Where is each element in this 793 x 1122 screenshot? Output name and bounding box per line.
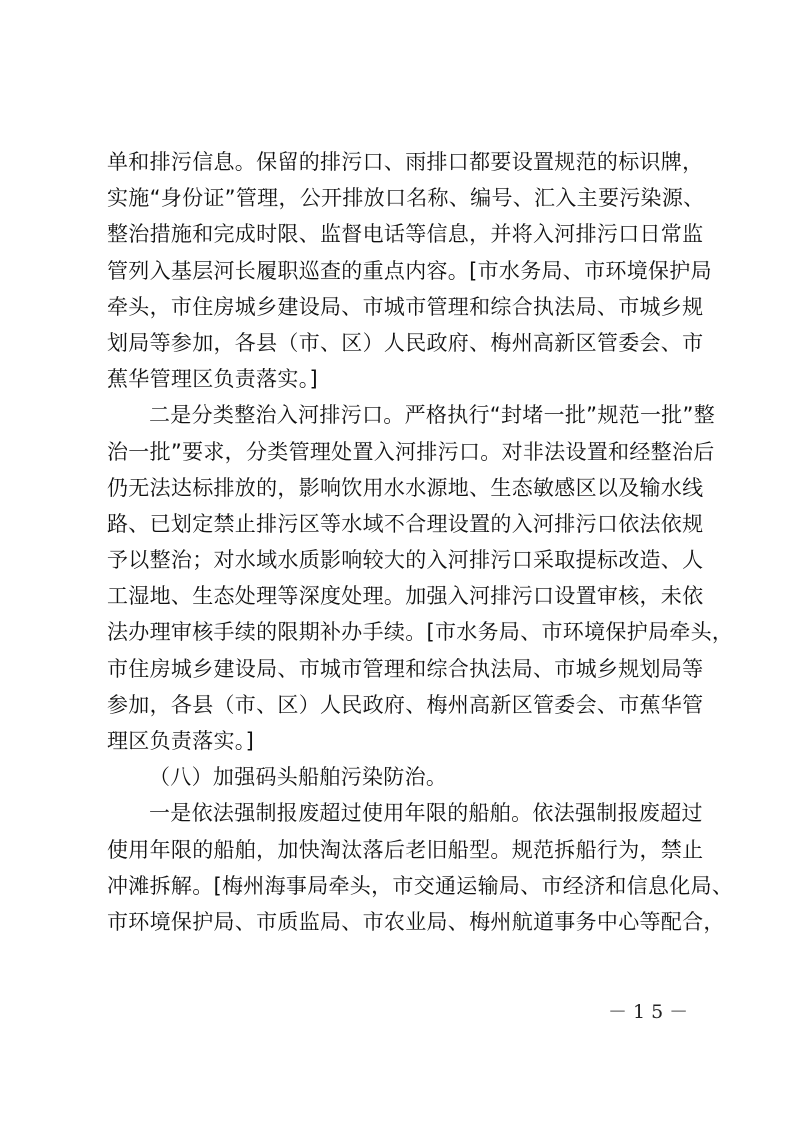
text-line: 治一批”要求，分类管理处置入河排污口。对非法设置和经整治后 xyxy=(107,434,691,470)
text-line: 市住房城乡建设局、市城市管理和综合执法局、市城乡规划局等 xyxy=(107,651,691,687)
text-line: 参加，各县（市、区）人民政府、梅州高新区管委会、市蕉华管 xyxy=(107,687,691,723)
text-line: 市环境保护局、市质监局、市农业局、梅州航道事务中心等配合， xyxy=(107,904,691,940)
paragraph-start-line: 二是分类整治入河排污口。严格执行“封堵一批”规范一批”整 xyxy=(107,397,691,433)
text-line: 实施“身份证”管理，公开排放口名称、编号、汇入主要污染源、 xyxy=(107,180,691,216)
document-body: 单和排污信息。保留的排污口、雨排口都要设置规范的标识牌， 实施“身份证”管理，公… xyxy=(107,144,691,940)
text-line: 工湿地、生态处理等深度处理。加强入河排污口设置审核，未依 xyxy=(107,578,691,614)
text-line: 路、已划定禁止排污区等水域不合理设置的入河排污口依法依规 xyxy=(107,506,691,542)
page-number: －15－ xyxy=(608,997,692,1024)
text-line: 法办理审核手续的限期补办手续。[市水务局、市环境保护局牵头， xyxy=(107,614,691,650)
text-line: 单和排污信息。保留的排污口、雨排口都要设置规范的标识牌， xyxy=(107,144,691,180)
text-line: 整治措施和完成时限、监督电话等信息，并将入河排污口日常监 xyxy=(107,216,691,252)
text-line: 冲滩拆解。[梅州海事局牵头，市交通运输局、市经济和信息化局、 xyxy=(107,868,691,904)
paragraph-start-line: 一是依法强制报废超过使用年限的船舶。依法强制报废超过 xyxy=(107,795,691,831)
text-line: 理区负责落实。] xyxy=(107,723,691,759)
document-page: 单和排污信息。保留的排污口、雨排口都要设置规范的标识牌， 实施“身份证”管理，公… xyxy=(0,0,793,1122)
text-line: 使用年限的船舶，加快淘汰落后老旧船型。规范拆船行为，禁止 xyxy=(107,832,691,868)
text-line: 划局等参加，各县（市、区）人民政府、梅州高新区管委会、市 xyxy=(107,325,691,361)
text-line: 管列入基层河长履职巡查的重点内容。[市水务局、市环境保护局 xyxy=(107,253,691,289)
text-line: 予以整治；对水域水质影响较大的入河排污口采取提标改造、人 xyxy=(107,542,691,578)
text-line: 蕉华管理区负责落实。] xyxy=(107,361,691,397)
text-line: 仍无法达标排放的，影响饮用水水源地、生态敏感区以及输水线 xyxy=(107,470,691,506)
section-heading: （八）加强码头船舶污染防治。 xyxy=(107,759,691,795)
text-line: 牵头，市住房城乡建设局、市城市管理和综合执法局、市城乡规 xyxy=(107,289,691,325)
